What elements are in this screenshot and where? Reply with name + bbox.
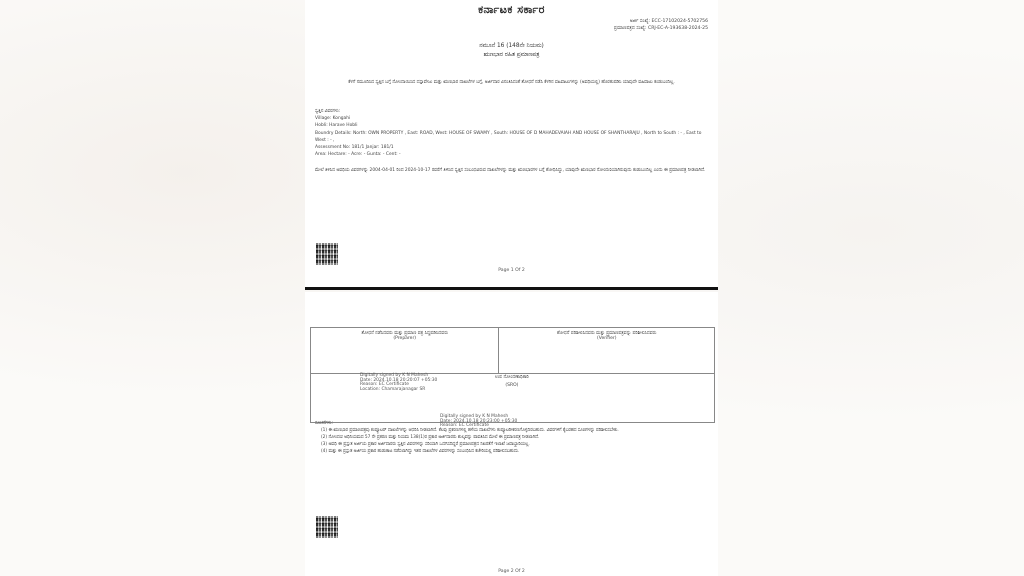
hobli: Hobli: Harave Hobli — [315, 122, 708, 129]
period-paragraph: ಮೇಲೆ ತಿಳಿಸಿದ ಅವಧಿಯ ವಿವರಗಳನ್ನು 2004-04-01… — [315, 167, 708, 174]
sro-label: ಉಪ ನೋಂದಣಾಧಿಕಾರಿ (SRO) — [495, 374, 529, 390]
page-number: Page 2 Of 2 — [305, 569, 718, 574]
certificate-number: ಪ್ರಮಾಣಪತ್ರದ ಸಂಖ್ಯೆ: CRJ-EC-A-193638-2024… — [614, 25, 708, 31]
page-divider — [305, 287, 718, 290]
note-4: (4) ಮತ್ತು ಈ ಪ್ರಸ್ತುತ ಅರ್ಜಿಯ ಪ್ರಕಾರ ಹುಡುಕ… — [315, 448, 708, 455]
notes-section: ಸೂಚನೆಗಳು: (1) ಈ ಋಣಭಾರ ಪ್ರಮಾಣಪತ್ರವು ಕಂಪ್ಯ… — [315, 420, 708, 455]
form-title: ಋಣಭಾರ ರಹಿತ ಪ್ರಮಾಣಪತ್ರ — [305, 51, 718, 60]
document-page-1: ಕರ್ನಾಟಕ ಸರ್ಕಾರ ಅರ್ಜಿ ಸಂಖ್ಯೆ: ECC-1710202… — [305, 0, 718, 288]
preparer-cell: ಶೋಧನೆ ನಡೆಸಿದವರು ಮತ್ತು ಪ್ರಮಾಣ ಪತ್ರ ಸಿದ್ಧಪ… — [311, 328, 499, 374]
area: Area: Hectare: - Acre: - Gunta: - Cent: … — [315, 151, 708, 158]
note-2: (2) ನೋಂದಣಿ ಅಧಿನಿಯಮದ 57 ನೇ ಪ್ರಕರಣ ಮತ್ತು ನ… — [315, 434, 708, 441]
property-details: ಸ್ವತ್ತಿನ ವಿವರಗಳು: Village: Kongahi Hobli… — [315, 108, 708, 158]
note-1: (1) ಈ ಋಣಭಾರ ಪ್ರಮಾಣಪತ್ರವು ಕಂಪ್ಯೂಟರ್ ದಾಖಲೆ… — [315, 427, 708, 434]
property-label: ಸ್ವತ್ತಿನ ವಿವರಗಳು: — [315, 108, 708, 115]
verifier-cell: ಶೋಧನೆ ಪರಿಶೀಲಿಸಿದವರು ಮತ್ತು ಪ್ರಮಾಣಪತ್ರವನ್ನ… — [499, 328, 715, 374]
government-title: ಕರ್ನಾಟಕ ಸರ್ಕಾರ — [305, 3, 718, 17]
page-number: Page 1 Of 2 — [305, 268, 718, 273]
digital-signature-1: Digitally signed by K N Mahesh Date: 202… — [360, 374, 437, 392]
form-heading: ನಮೂನೆ 16 (148ನೇ ನಿಯಮ) ಋಣಭಾರ ರಹಿತ ಪ್ರಮಾಣಪ… — [305, 42, 718, 60]
form-number: ನಮೂನೆ 16 (148ನೇ ನಿಯಮ) — [305, 42, 718, 51]
qr-code — [316, 516, 338, 538]
application-number: ಅರ್ಜಿ ಸಂಖ್ಯೆ: ECC-17102024-5702756 — [630, 18, 708, 24]
village: Village: Kongahi — [315, 115, 708, 122]
note-3: (3) ಅವಧಿ ಈ ಪ್ರಸ್ತುತ ಅರ್ಜಿಯ ಪ್ರಕಾರ ಅರ್ಜಿದ… — [315, 441, 708, 448]
assessment-number: Assessment No: 181/1 Janjar: 181/1 — [315, 144, 708, 151]
document-page-2: ಶೋಧನೆ ನಡೆಸಿದವರು ಮತ್ತು ಪ್ರಮಾಣ ಪತ್ರ ಸಿದ್ಧಪ… — [305, 292, 718, 576]
notes-label: ಸೂಚನೆಗಳು: — [315, 420, 708, 427]
qr-code — [316, 243, 338, 265]
boundary-details: Boundry Details: North: OWN PROPERTY , E… — [315, 130, 708, 144]
intro-paragraph: ಕೆಳಗೆ ನಮೂದಿಸಿದ ಸ್ವತ್ತಿನ ಬಗ್ಗೆ ನೋಂದಾಯಿಸಿದ… — [317, 79, 706, 86]
